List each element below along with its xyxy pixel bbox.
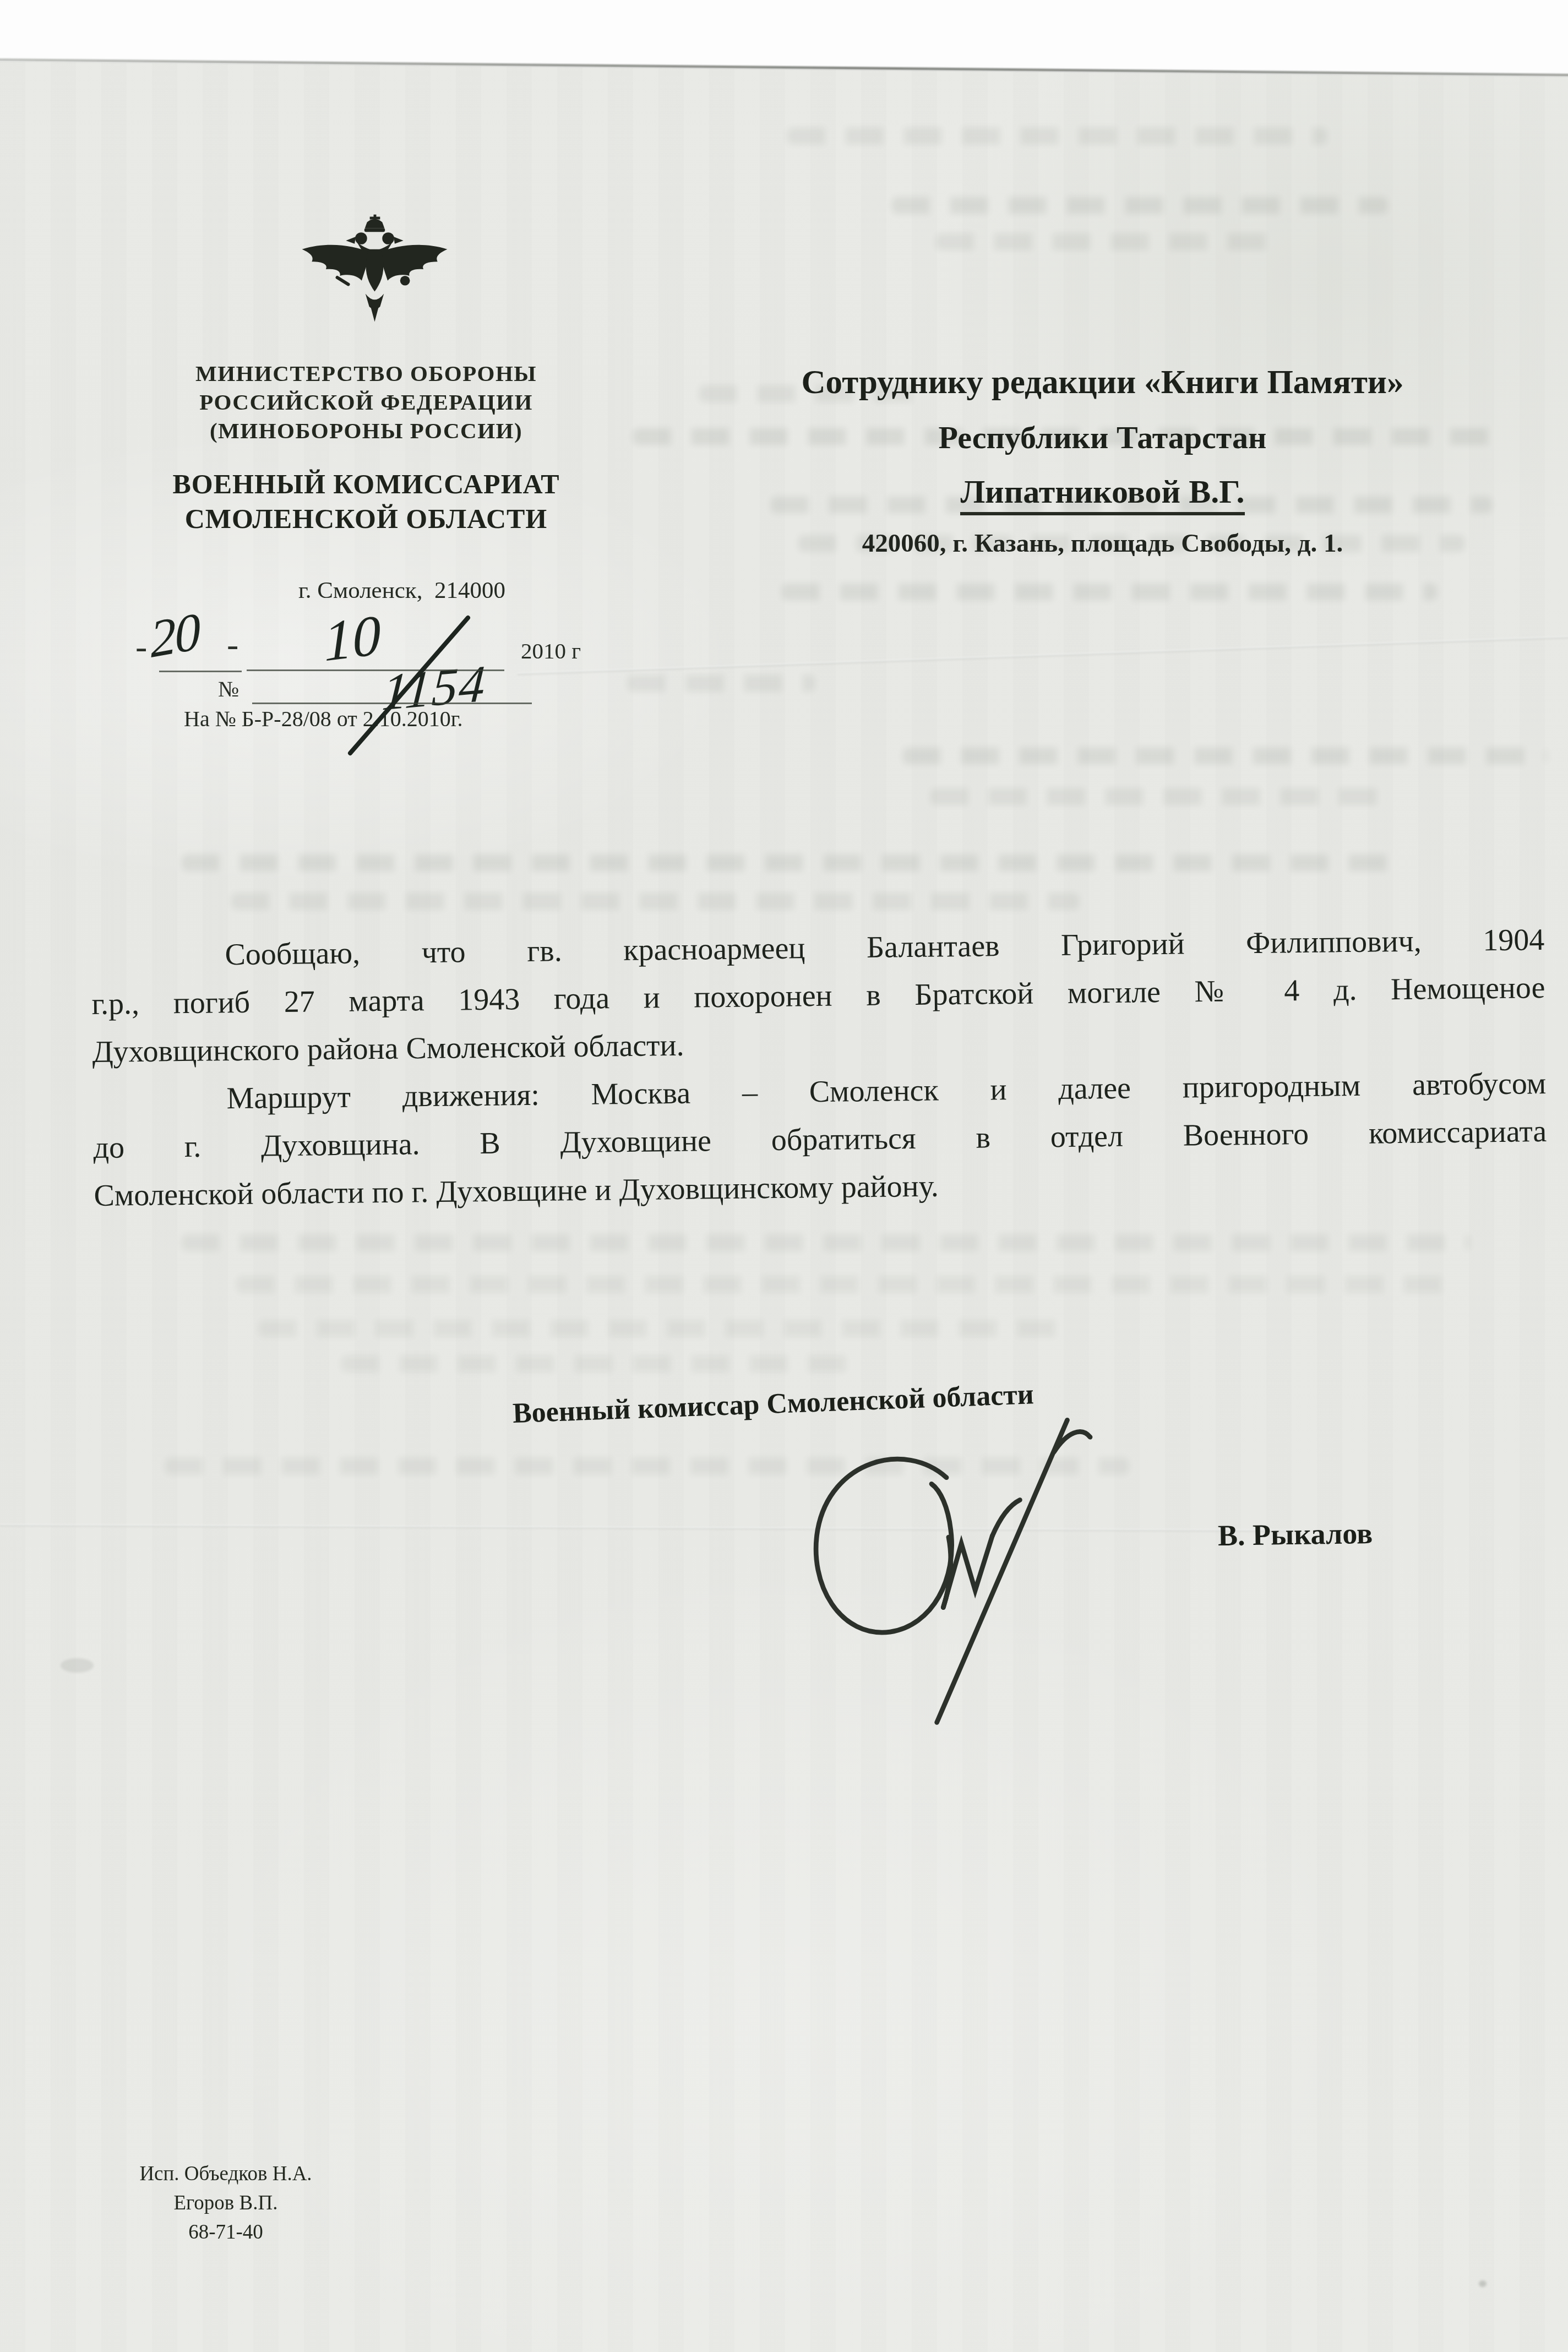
- day-quote-dash: -: [135, 627, 147, 667]
- recipient-block: Сотруднику редакции «Книги Памяти» Респу…: [677, 355, 1528, 569]
- recipient-name: Липатниковой В.Г.: [960, 473, 1244, 515]
- recipient-address: 420060, г. Казань, площадь Свободы, д. 1…: [677, 518, 1528, 569]
- ministry-line: РОССИЙСКОЙ ФЕДЕРАЦИИ: [138, 388, 595, 416]
- bleedthrough-text-ghost: [182, 1234, 1470, 1251]
- paper-fold-crease: [518, 636, 1568, 675]
- executor-line: Исп. Объедков Н.А.: [110, 2159, 341, 2188]
- number-sign: №: [218, 676, 239, 702]
- bleedthrough-text-ghost: [341, 1355, 848, 1372]
- letterhead-ministry-block: МИНИСТЕРСТВО ОБОРОНЫ РОССИЙСКОЙ ФЕДЕРАЦИ…: [138, 359, 595, 445]
- recipient-line: Республики Татарстан: [677, 410, 1528, 465]
- bleedthrough-text-ghost: [237, 1276, 1448, 1293]
- day-blank-line: [159, 671, 242, 672]
- ministry-line: (МИНОБОРОНЫ РОССИИ): [138, 416, 595, 445]
- executor-block: Исп. Объедков Н.А. Егоров В.П. 68-71-40: [110, 2159, 341, 2247]
- org-line: СМОЛЕНСКОЙ ОБЛАСТИ: [127, 502, 606, 536]
- bleedthrough-text-ghost: [787, 128, 1327, 144]
- bleedthrough-text-ghost: [936, 233, 1277, 250]
- bleedthrough-text-ghost: [892, 197, 1387, 214]
- scanned-letter-photo: { "document_type": "scanned-official-let…: [0, 0, 1568, 2352]
- mod-eagle-emblem-icon: [288, 214, 461, 330]
- bleedthrough-text-ghost: [782, 584, 1437, 600]
- bleedthrough-text-ghost: [930, 788, 1382, 805]
- paper-smudge: [1479, 2280, 1487, 2287]
- bleedthrough-text-ghost: [231, 893, 1079, 910]
- recipient-name-line: Липатниковой В.Г.: [677, 465, 1528, 518]
- ministry-line: МИНИСТЕРСТВО ОБОРОНЫ: [138, 359, 595, 388]
- letterhead-city-line: г. Смоленск, 214000: [220, 577, 584, 604]
- bleedthrough-text-ghost: [259, 1320, 1063, 1337]
- handwritten-signature-icon: [771, 1409, 1156, 1729]
- signoff-name: В. Рыкалов: [1218, 1516, 1373, 1553]
- bleedthrough-text-ghost: [628, 675, 815, 692]
- bleedthrough-text-ghost: [903, 748, 1547, 764]
- org-line: ВОЕННЫЙ КОМИССАРИАТ: [127, 467, 606, 502]
- day-quote-dash: -: [227, 624, 238, 665]
- year-label: 2010 г: [521, 638, 581, 664]
- letter-content: МИНИСТЕРСТВО ОБОРОНЫ РОССИЙСКОЙ ФЕДЕРАЦИ…: [0, 0, 1568, 2352]
- letterhead-org-block: ВОЕННЫЙ КОМИССАРИАТ СМОЛЕНСКОЙ ОБЛАСТИ: [127, 467, 606, 536]
- executor-line: Егоров В.П.: [110, 2188, 341, 2218]
- bleedthrough-text-ghost: [182, 854, 1404, 871]
- handwritten-slash-stroke: [346, 614, 473, 759]
- paper-smudge: [61, 1658, 94, 1673]
- handwritten-day: 20: [149, 600, 200, 670]
- letter-body: Сообщаю, что гв. красноармеец Балантаев …: [91, 916, 1548, 1220]
- executor-phone: 68-71-40: [110, 2218, 341, 2247]
- recipient-line: Сотруднику редакции «Книги Памяти»: [677, 355, 1528, 410]
